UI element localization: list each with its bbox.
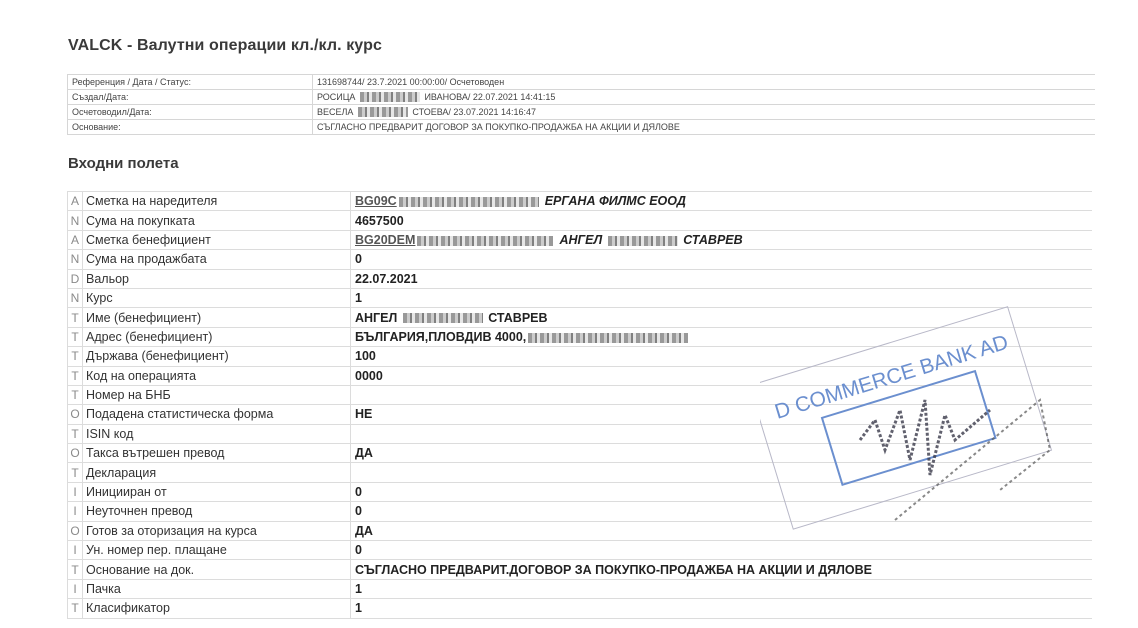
field-value: 0: [351, 502, 1093, 521]
field-type: N: [68, 250, 83, 269]
field-type: T: [68, 366, 83, 385]
field-value: 1: [351, 288, 1093, 307]
field-label: Курс: [83, 288, 351, 307]
field-value: 0: [351, 482, 1093, 501]
field-type: T: [68, 385, 83, 404]
field-row: I Ун. номер пер. плащане 0: [68, 541, 1093, 560]
field-row: N Сума на покупката 4657500: [68, 211, 1093, 230]
field-type: N: [68, 211, 83, 230]
field-row: O Такса вътрешен превод ДА: [68, 444, 1093, 463]
field-label: Сметка на наредителя: [83, 192, 351, 211]
field-row: A Сметка на наредителя BG09CЕРГАНА ФИЛМС…: [68, 192, 1093, 211]
field-row: O Готов за оторизация на курса ДА: [68, 521, 1093, 540]
field-value: БЪЛГАРИЯ,ПЛОВДИВ 4000,: [351, 327, 1093, 346]
redacted-block: [608, 236, 678, 246]
field-row: T Номер на БНБ: [68, 385, 1093, 404]
field-value: [351, 424, 1093, 443]
field-type: I: [68, 502, 83, 521]
field-value: ДА: [351, 444, 1093, 463]
meta-value: СЪГЛАСНО ПРЕДВАРИТ ДОГОВОР ЗА ПОКУПКО-ПР…: [313, 120, 1096, 135]
field-type: O: [68, 521, 83, 540]
redacted-block: [399, 197, 539, 207]
account-link[interactable]: BG20DEM: [355, 233, 555, 247]
field-row: A Сметка бенефициент BG20DEMАНГЕЛ СТАВРЕ…: [68, 230, 1093, 249]
meta-row-reference: Референция / Дата / Статус: 131698744/ 2…: [68, 75, 1096, 90]
field-value: 0: [351, 250, 1093, 269]
field-label: Пачка: [83, 579, 351, 598]
field-type: T: [68, 308, 83, 327]
field-label: Държава (бенефициент): [83, 347, 351, 366]
field-label: Неуточнен превод: [83, 502, 351, 521]
field-label: Готов за оторизация на курса: [83, 521, 351, 540]
field-label: Номер на БНБ: [83, 385, 351, 404]
field-row: T Държава (бенефициент) 100: [68, 347, 1093, 366]
redacted-block: [528, 333, 688, 343]
field-row: T Адрес (бенефициент) БЪЛГАРИЯ,ПЛОВДИВ 4…: [68, 327, 1093, 346]
field-value: НЕ: [351, 405, 1093, 424]
page-title: VALCK - Валутни операции кл./кл. курс: [68, 37, 382, 55]
field-row: O Подадена статистическа форма НЕ: [68, 405, 1093, 424]
field-type: O: [68, 405, 83, 424]
field-label: Основание на док.: [83, 560, 351, 579]
field-label: Класификатор: [83, 599, 351, 618]
redacted-block: [417, 236, 553, 246]
field-type: D: [68, 269, 83, 288]
redacted-block: [403, 313, 483, 323]
party-name: АНГЕЛ СТАВРЕВ: [559, 233, 742, 247]
field-row: T Код на операцията 0000: [68, 366, 1093, 385]
field-value: 22.07.2021: [351, 269, 1093, 288]
meta-row-basis: Основание: СЪГЛАСНО ПРЕДВАРИТ ДОГОВОР ЗА…: [68, 120, 1096, 135]
meta-label: Осчетоводил/Дата:: [68, 105, 313, 120]
meta-value: ВЕСЕЛА СТОЕВА/ 23.07.2021 14:16:47: [313, 105, 1096, 120]
field-value: 1: [351, 599, 1093, 618]
field-value: BG09CЕРГАНА ФИЛМС ЕООД: [351, 192, 1093, 211]
meta-label: Създал/Дата:: [68, 90, 313, 105]
field-type: T: [68, 347, 83, 366]
field-label: Име (бенефициент): [83, 308, 351, 327]
field-label: Код на операцията: [83, 366, 351, 385]
field-row: I Неуточнен превод 0: [68, 502, 1093, 521]
field-type: O: [68, 444, 83, 463]
redacted-block: [358, 107, 408, 117]
meta-value: РОСИЦА ИВАНОВА/ 22.07.2021 14:41:15: [313, 90, 1096, 105]
party-name: ЕРГАНА ФИЛМС ЕООД: [545, 194, 686, 208]
field-value: 4657500: [351, 211, 1093, 230]
meta-value: 131698744/ 23.7.2021 00:00:00/ Осчетовод…: [313, 75, 1096, 90]
document-meta-table: Референция / Дата / Статус: 131698744/ 2…: [67, 74, 1095, 135]
field-row: T Класификатор 1: [68, 599, 1093, 618]
meta-row-created: Създал/Дата: РОСИЦА ИВАНОВА/ 22.07.2021 …: [68, 90, 1096, 105]
account-link[interactable]: BG09C: [355, 194, 541, 208]
field-label: Иницииран от: [83, 482, 351, 501]
field-label: Вальор: [83, 269, 351, 288]
input-fields-table: A Сметка на наредителя BG09CЕРГАНА ФИЛМС…: [67, 191, 1092, 619]
field-label: Сума на покупката: [83, 211, 351, 230]
field-row: T Декларация: [68, 463, 1093, 482]
field-label: Такса вътрешен превод: [83, 444, 351, 463]
field-value: 1: [351, 579, 1093, 598]
meta-label: Основание:: [68, 120, 313, 135]
field-label: ISIN код: [83, 424, 351, 443]
field-row: T Име (бенефициент) АНГЕЛ СТАВРЕВ: [68, 308, 1093, 327]
field-label: Сметка бенефициент: [83, 230, 351, 249]
field-value: BG20DEMАНГЕЛ СТАВРЕВ: [351, 230, 1093, 249]
field-type: T: [68, 463, 83, 482]
field-value: СЪГЛАСНО ПРЕДВАРИТ.ДОГОВОР ЗА ПОКУПКО-ПР…: [351, 560, 1093, 579]
field-type: T: [68, 327, 83, 346]
field-row: T ISIN код: [68, 424, 1093, 443]
field-row: I Иницииран от 0: [68, 482, 1093, 501]
field-value: 100: [351, 347, 1093, 366]
field-type: I: [68, 541, 83, 560]
field-type: I: [68, 579, 83, 598]
field-row: T Основание на док. СЪГЛАСНО ПРЕДВАРИТ.Д…: [68, 560, 1093, 579]
field-row: I Пачка 1: [68, 579, 1093, 598]
field-type: T: [68, 560, 83, 579]
meta-label: Референция / Дата / Статус:: [68, 75, 313, 90]
field-value: ДА: [351, 521, 1093, 540]
field-label: Адрес (бенефициент): [83, 327, 351, 346]
field-row: D Вальор 22.07.2021: [68, 269, 1093, 288]
field-label: Подадена статистическа форма: [83, 405, 351, 424]
field-type: A: [68, 192, 83, 211]
field-value: АНГЕЛ СТАВРЕВ: [351, 308, 1093, 327]
redacted-block: [360, 92, 420, 102]
meta-row-booked: Осчетоводил/Дата: ВЕСЕЛА СТОЕВА/ 23.07.2…: [68, 105, 1096, 120]
field-row: N Курс 1: [68, 288, 1093, 307]
field-type: I: [68, 482, 83, 501]
field-type: T: [68, 599, 83, 618]
field-value: [351, 463, 1093, 482]
field-value: 0: [351, 541, 1093, 560]
field-label: Декларация: [83, 463, 351, 482]
field-type: N: [68, 288, 83, 307]
field-type: T: [68, 424, 83, 443]
field-value: [351, 385, 1093, 404]
section-title: Входни полета: [68, 155, 179, 172]
field-label: Сума на продажбата: [83, 250, 351, 269]
field-type: A: [68, 230, 83, 249]
field-label: Ун. номер пер. плащане: [83, 541, 351, 560]
field-row: N Сума на продажбата 0: [68, 250, 1093, 269]
field-value: 0000: [351, 366, 1093, 385]
